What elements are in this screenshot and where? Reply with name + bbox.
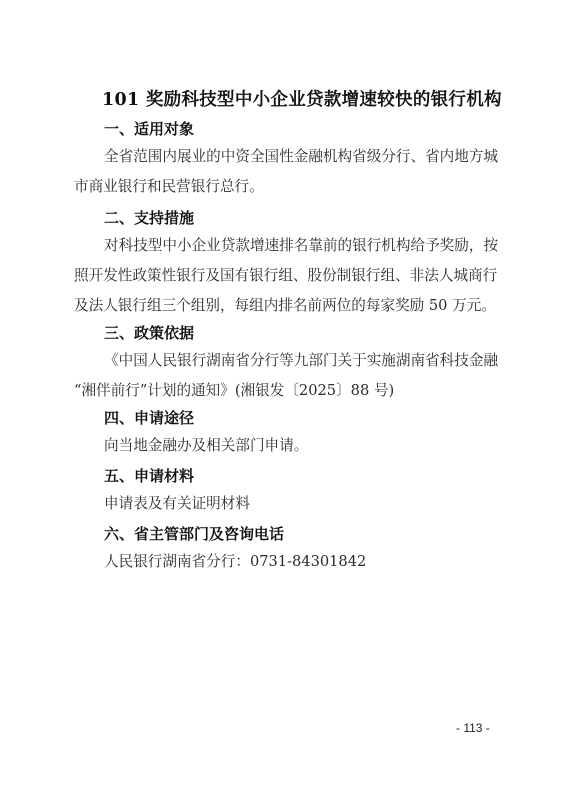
- paragraph-line: 及法人银行组三个组别，每组内排名前两位的每家奖励 50 万元。: [74, 291, 494, 321]
- document-title: 101 奖励科技型中小企业贷款增速较快的银行机构: [102, 86, 502, 111]
- paragraph-line: 全省范围内展业的中资全国性金融机构省级分行、省内地方城: [74, 142, 494, 172]
- paragraph-line: 照开发性政策性银行及国有银行组、股份制银行组、非法人城商行: [74, 261, 494, 291]
- section-body-contact: 人民银行湖南省分行：0731-84301842: [74, 547, 494, 577]
- section-body-support-measures: 对科技型中小企业贷款增速排名靠前的银行机构给予奖励，按 照开发性政策性银行及国有…: [74, 231, 494, 321]
- document-page: 101 奖励科技型中小企业贷款增速较快的银行机构 一、适用对象 全省范围内展业的…: [0, 0, 561, 793]
- paragraph-line: “湘伴前行”计划的通知》(湘银发〔2025〕88 号): [74, 376, 494, 406]
- section-heading-applicable-targets: 一、适用对象: [104, 118, 194, 139]
- section-body-applicable-targets: 全省范围内展业的中资全国性金融机构省级分行、省内地方城 市商业银行和民营银行总行…: [74, 142, 494, 202]
- section-body-application-materials: 申请表及有关证明材料: [74, 489, 494, 519]
- section-heading-application-channel: 四、申请途径: [104, 407, 194, 428]
- section-heading-contact: 六、省主管部门及咨询电话: [104, 523, 284, 544]
- section-body-application-channel: 向当地金融办及相关部门申请。: [74, 431, 494, 461]
- section-heading-support-measures: 二、支持措施: [104, 207, 194, 228]
- section-heading-application-materials: 五、申请材料: [104, 465, 194, 486]
- paragraph-line: 人民银行湖南省分行：0731-84301842: [74, 547, 494, 577]
- section-heading-policy-basis: 三、政策依据: [104, 322, 194, 343]
- paragraph-line: 市商业银行和民营银行总行。: [74, 172, 494, 202]
- page-number: - 113 -: [456, 721, 490, 735]
- paragraph-line: 申请表及有关证明材料: [74, 489, 494, 519]
- section-body-policy-basis: 《中国人民银行湖南省分行等九部门关于实施湖南省科技金融 “湘伴前行”计划的通知》…: [74, 346, 494, 406]
- paragraph-line: 向当地金融办及相关部门申请。: [74, 431, 494, 461]
- paragraph-line: 《中国人民银行湖南省分行等九部门关于实施湖南省科技金融: [74, 346, 494, 376]
- paragraph-line: 对科技型中小企业贷款增速排名靠前的银行机构给予奖励，按: [74, 231, 494, 261]
